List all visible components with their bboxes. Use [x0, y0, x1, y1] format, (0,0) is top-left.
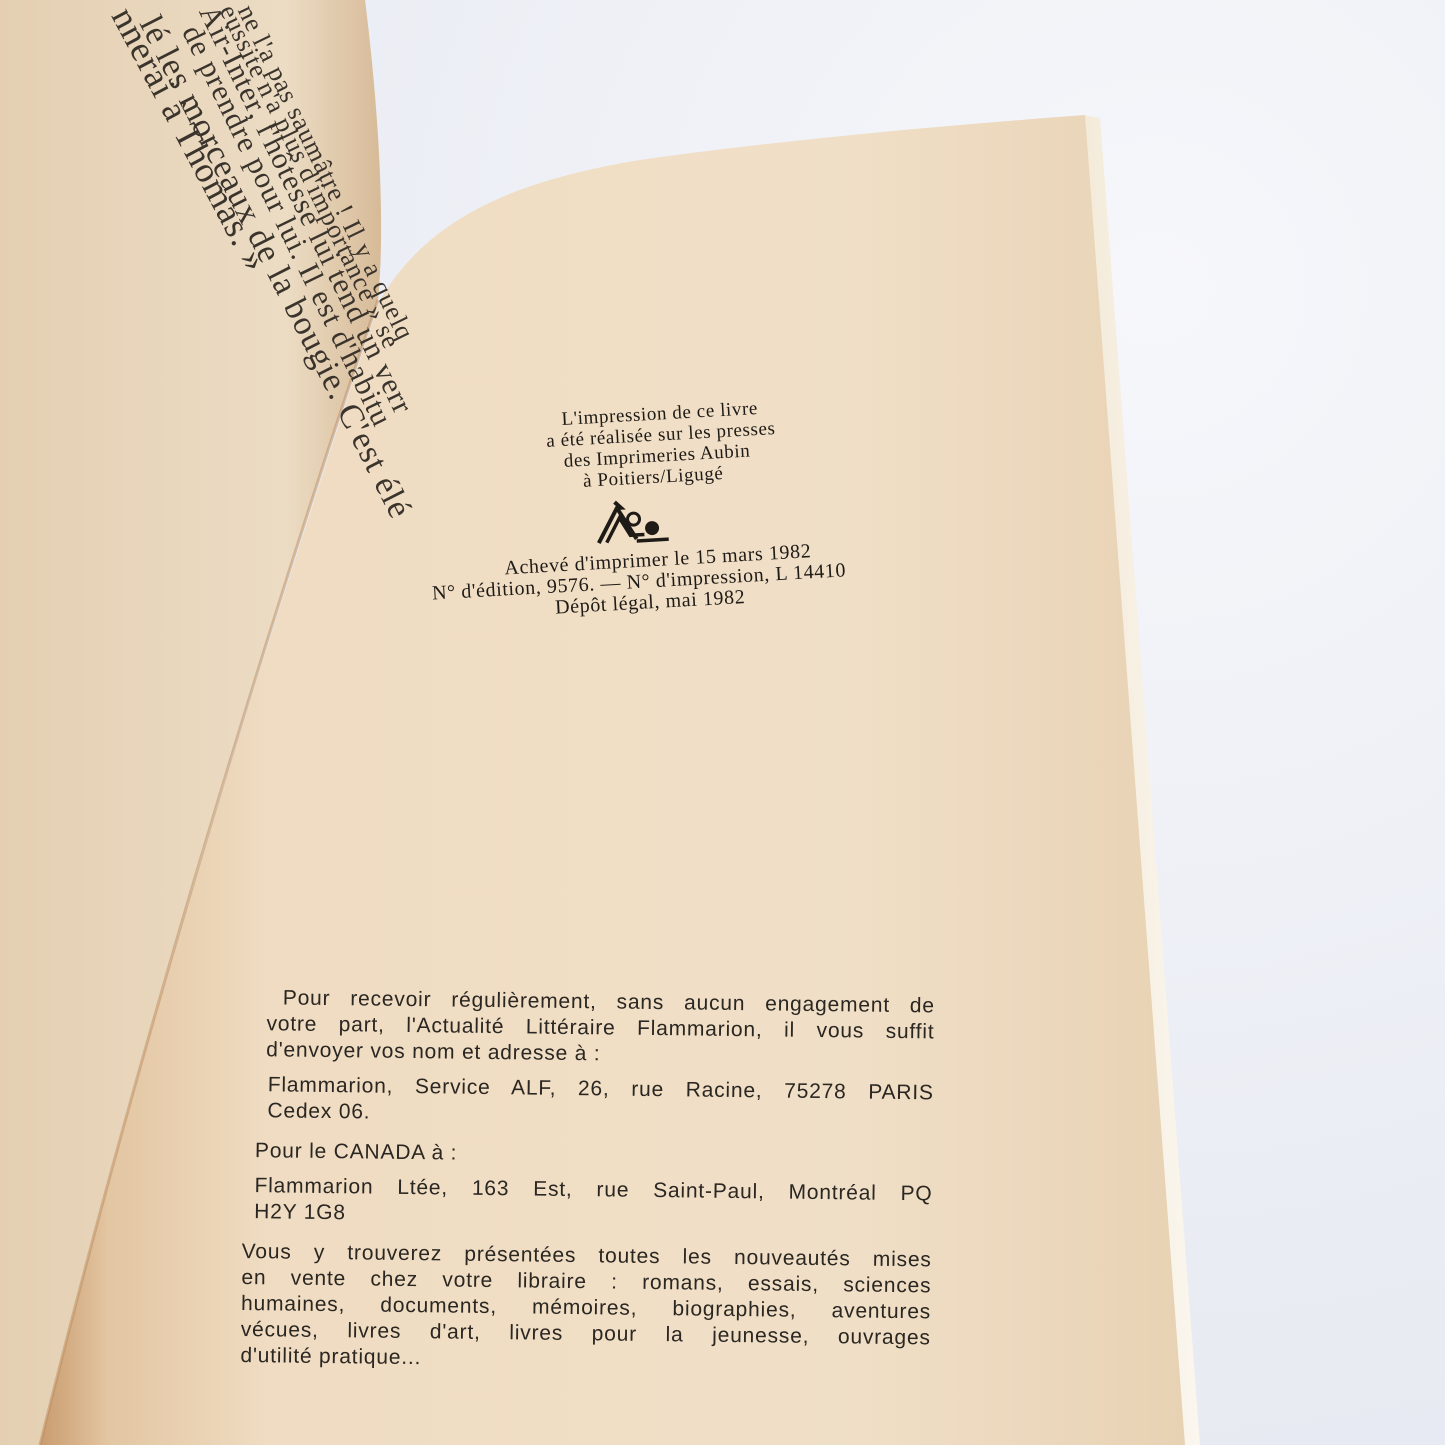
catalog-paragraph: Vous y trouverez présentées toutes les n…	[240, 1239, 932, 1377]
canada-address: Flammarion Ltée, 163 Est, rue Saint-Paul…	[242, 1173, 933, 1233]
subscription-paragraph: Pour recevoir régulièrement, sans aucun …	[244, 985, 935, 1071]
paris-address: Flammarion, Service ALF, 26, rue Racine,…	[243, 1072, 934, 1132]
colophon: L'impression de ce livre a été réalisée …	[390, 392, 881, 627]
aubin-printer-logo-icon	[594, 497, 676, 547]
canada-label: Pour le CANADA à :	[243, 1138, 933, 1172]
publisher-info: Pour recevoir régulièrement, sans aucun …	[240, 985, 935, 1386]
